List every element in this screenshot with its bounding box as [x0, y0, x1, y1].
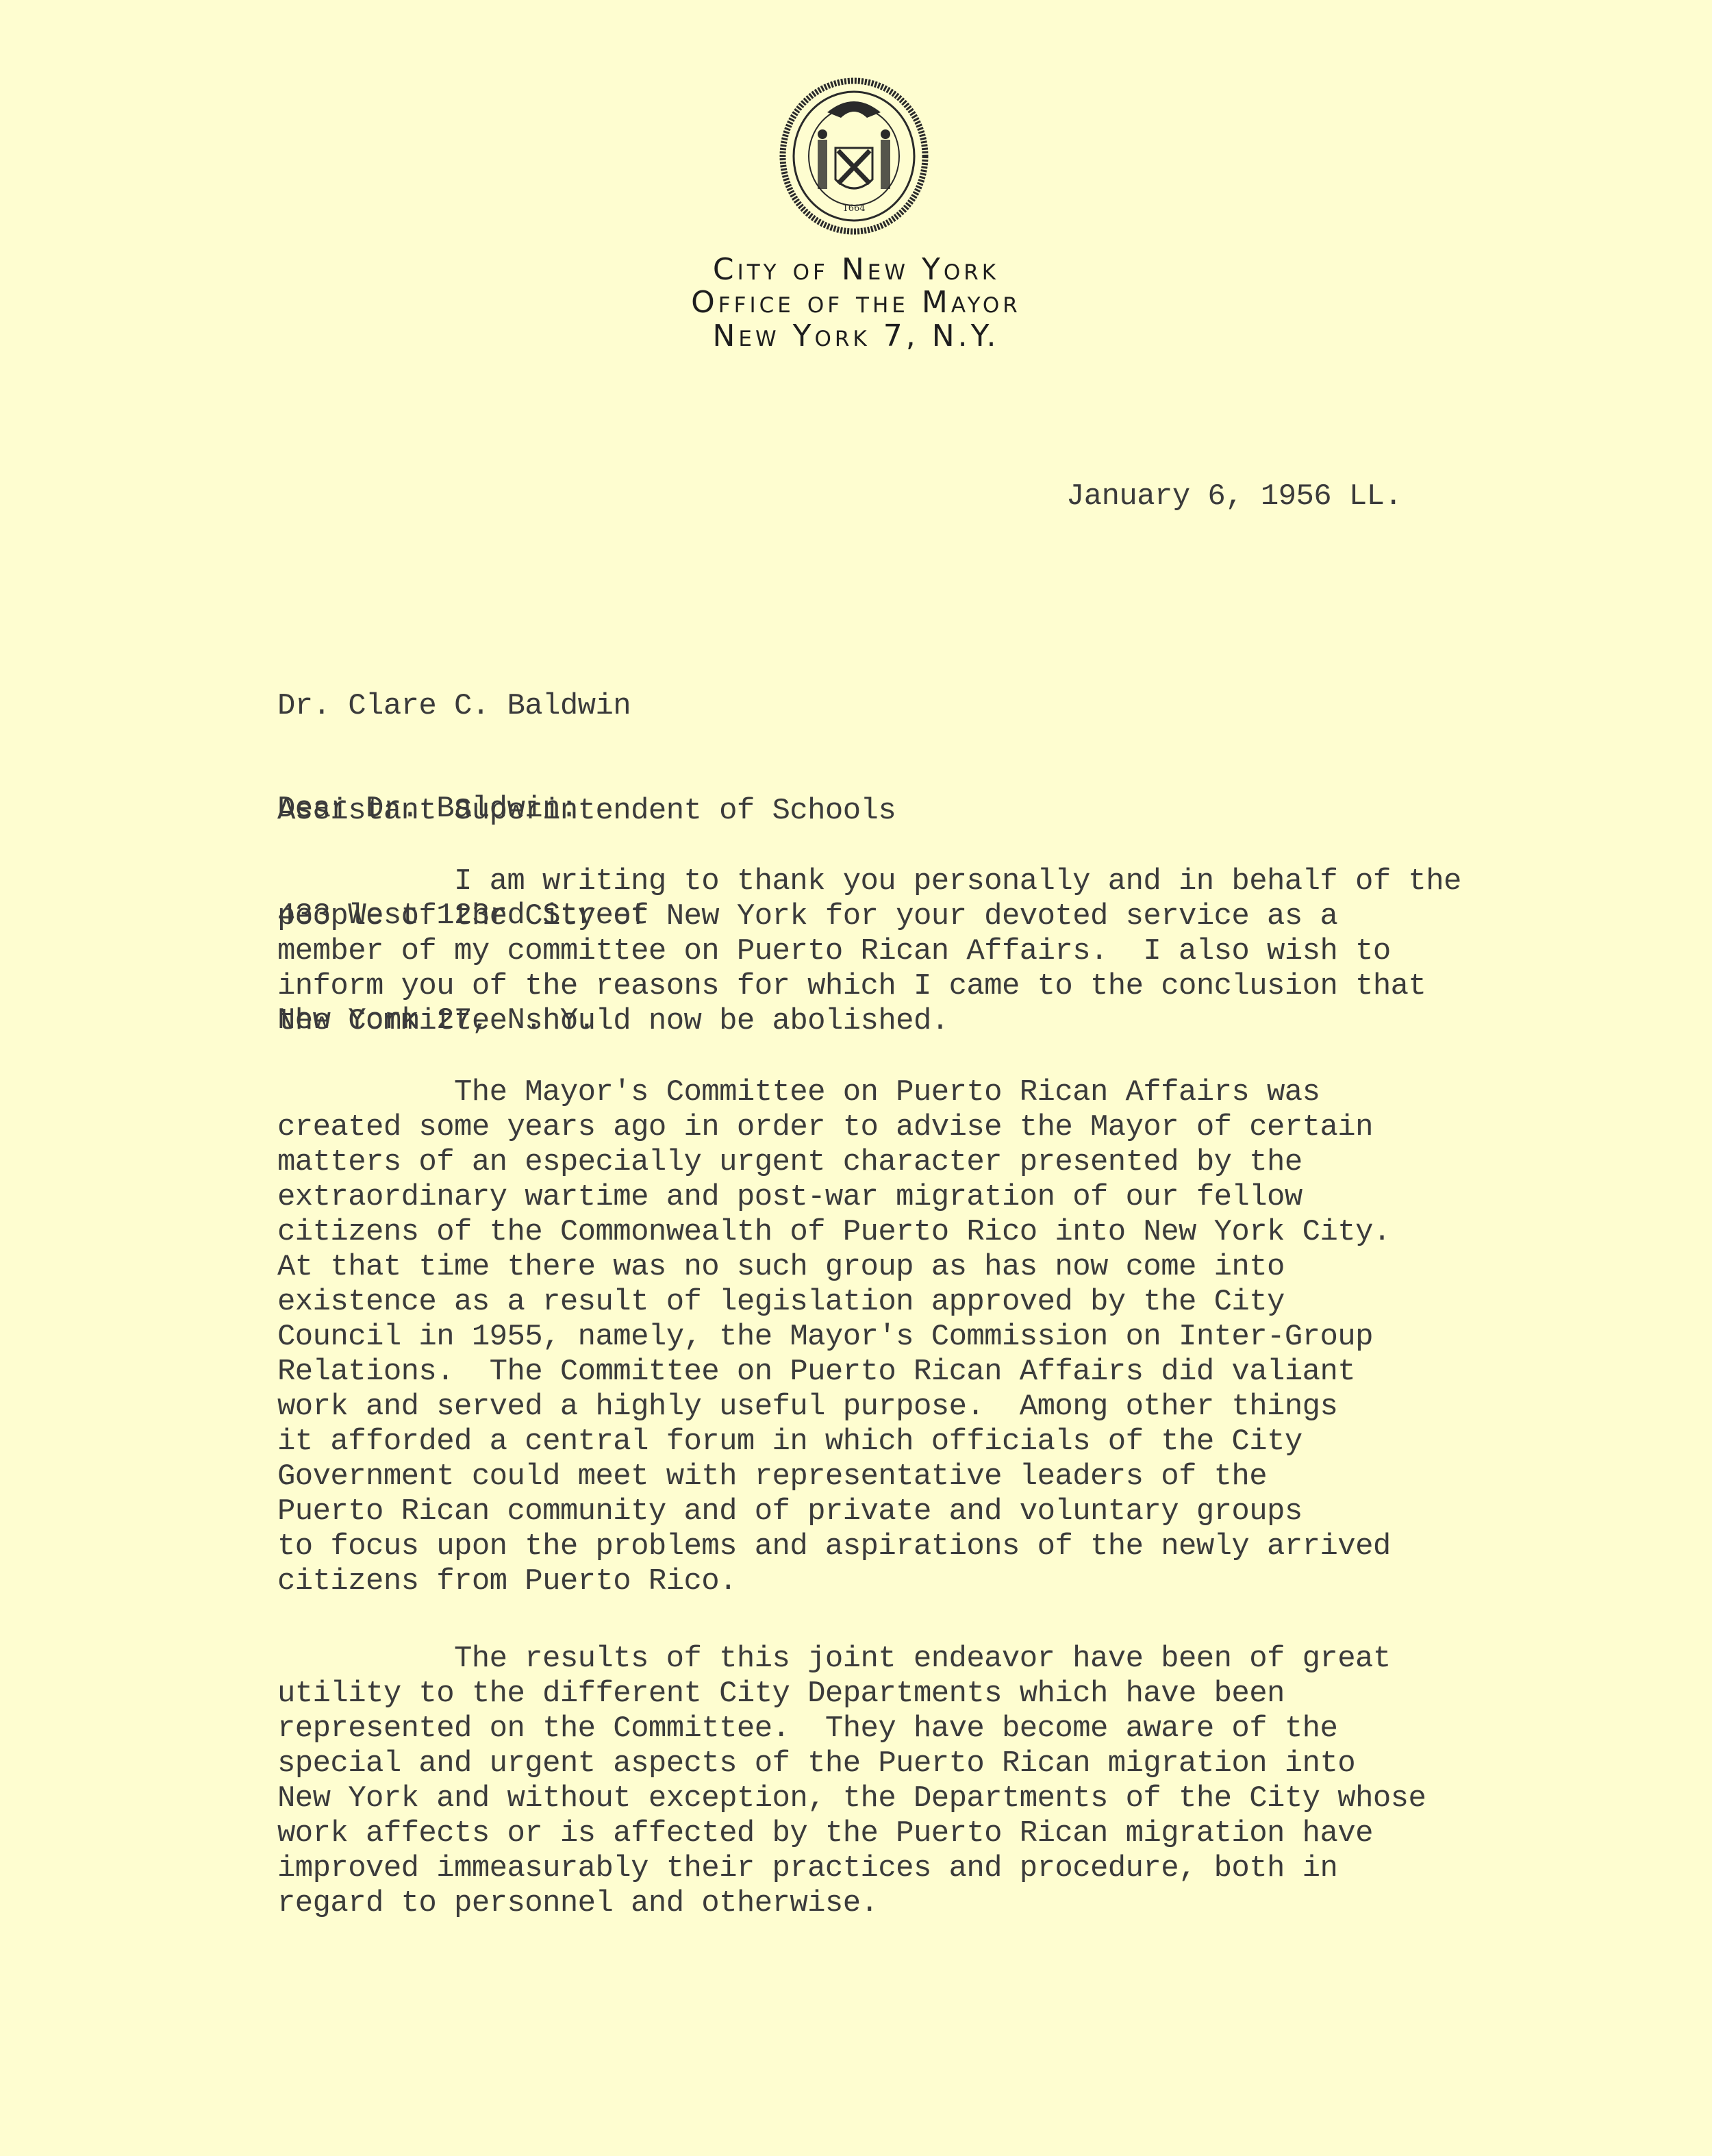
paragraph-line: created some years ago in order to advis…: [277, 1110, 1391, 1145]
salutation: Dear Dr. Baldwin:: [277, 792, 578, 827]
paragraph-line: Relations. The Committee on Puerto Rican…: [277, 1355, 1391, 1390]
paragraph-line: Puerto Rican community and of private an…: [277, 1494, 1391, 1529]
paragraph-line: member of my committee on Puerto Rican A…: [277, 934, 1461, 969]
letter-date: January 6, 1956 LL.: [1066, 479, 1402, 514]
paragraph-line: extraordinary wartime and post-war migra…: [277, 1180, 1391, 1215]
paragraph-line: regard to personnel and otherwise.: [277, 1886, 1426, 1921]
paragraph-line: improved immeasurably their practices an…: [277, 1851, 1426, 1886]
body-paragraph-2: The Mayor's Committee on Puerto Rican Af…: [277, 1075, 1391, 1599]
paragraph-line: The results of this joint endeavor have …: [277, 1642, 1426, 1677]
paragraph-line: people of the City of New York for your …: [277, 899, 1461, 934]
body-paragraph-3: The results of this joint endeavor have …: [277, 1642, 1426, 1921]
city-seal-icon: 1664: [779, 77, 929, 236]
recipient-name: Dr. Clare C. Baldwin: [277, 689, 896, 724]
paragraph-line: work and served a highly useful purpose.…: [277, 1390, 1391, 1425]
paragraph-line: utility to the different City Department…: [277, 1677, 1426, 1712]
paragraph-line: Council in 1955, namely, the Mayor's Com…: [277, 1320, 1391, 1355]
body-paragraph-1: I am writing to thank you personally and…: [277, 864, 1461, 1039]
letterhead-city: City of New York: [0, 252, 1712, 287]
paragraph-line: At that time there was no such group as …: [277, 1250, 1391, 1285]
paragraph-line: work affects or is affected by the Puert…: [277, 1816, 1426, 1851]
paragraph-line: existence as a result of legislation app…: [277, 1285, 1391, 1320]
svg-text:1664: 1664: [842, 203, 865, 214]
paragraph-line: New York and without exception, the Depa…: [277, 1781, 1426, 1816]
paragraph-line: citizens from Puerto Rico.: [277, 1564, 1391, 1599]
paragraph-line: the Committee should now be abolished.: [277, 1004, 1461, 1039]
letterhead-office: Office of the Mayor: [0, 285, 1712, 320]
paragraph-line: citizens of the Commonwealth of Puerto R…: [277, 1215, 1391, 1250]
paragraph-line: special and urgent aspects of the Puerto…: [277, 1746, 1426, 1781]
paragraph-line: to focus upon the problems and aspiratio…: [277, 1529, 1391, 1564]
paragraph-line: it afforded a central forum in which off…: [277, 1425, 1391, 1459]
paragraph-line: I am writing to thank you personally and…: [277, 864, 1461, 899]
paragraph-line: matters of an especially urgent characte…: [277, 1145, 1391, 1180]
paragraph-line: inform you of the reasons for which I ca…: [277, 969, 1461, 1004]
paragraph-line: The Mayor's Committee on Puerto Rican Af…: [277, 1075, 1391, 1110]
letterhead-address: New York 7, N.Y.: [0, 318, 1712, 353]
paragraph-line: represented on the Committee. They have …: [277, 1712, 1426, 1746]
paragraph-line: Government could meet with representativ…: [277, 1459, 1391, 1494]
